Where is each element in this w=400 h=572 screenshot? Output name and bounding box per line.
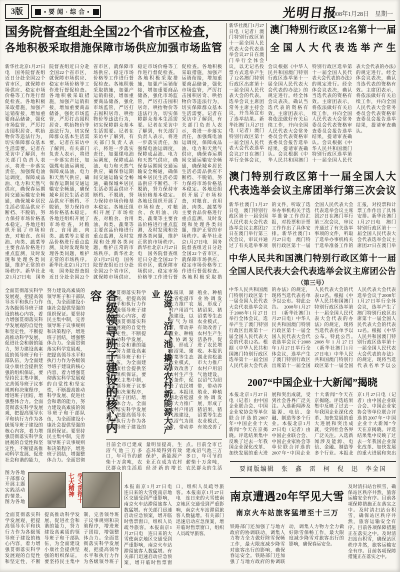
strip-cap-left-icon — [35, 9, 41, 15]
editor-line: 要闻版编辑 张 鑫 雷 柯 倪 迅 李金国 — [230, 464, 396, 473]
lead-headline-line1: 国务院督查组赴全国22个省市区检查， — [5, 24, 222, 41]
nanjing-body-right: 及时清扫站台积雪，确保站区秩序井然，旅客运输安全有序。目前各项保障措施正在落实之… — [348, 484, 396, 568]
header-rule — [5, 20, 395, 21]
macau-presidium-headline-line2: 代表选举会议主席团举行第三次会议 — [229, 185, 396, 199]
headline-divider — [266, 23, 267, 61]
nanjing-body-left: 本报南京1月27日电 连日来的大雪使南京地区交通受到严重影响，南京火车站滞留旅客… — [124, 484, 224, 568]
center-column-divider — [226, 23, 227, 438]
nanjing-subtitle: 南京火车站旅客猛增至十三万 — [236, 508, 338, 519]
section-strip: • 要 闻 · 综 合 • — [31, 5, 101, 18]
songzi-article-body: 本报讯 湖北省松滋市大力推广农村户用沼气池建设，以沼气为纽带，带动养殖业、种植业… — [169, 290, 222, 436]
macau-election-headline-line1: 澳门特别行政区12名第十一届 — [270, 24, 396, 39]
lead-headline-line2: 各地积极采取措施保障市场供应加强市场监管 — [5, 41, 222, 57]
editorial-note-column: 新华社澳门1月27日电（记者）澳门特别行政区第十一届全国人民代表大会代表选举会议… — [229, 23, 264, 165]
leadership-article-body-left: 全面贯彻落实科学发展观，把提高领导水平和执行力作为各级领导班子建设的核心内容，着… — [5, 288, 85, 466]
nanjing-headline: 南京遭遇20年罕见大雪 — [230, 489, 344, 505]
gazette-headline-line1: 中华人民共和国澳门特别行政区第十一届 — [229, 252, 396, 265]
editor-rule-top — [230, 461, 396, 462]
edition-badge: 3版 — [5, 4, 29, 19]
macau-election-headline-line2: 全国人大代表选举产生 — [270, 42, 396, 57]
gazette-subtitle: （第三号） — [229, 278, 396, 287]
macau-presidium-headline-line1: 澳门特别行政区第十一届全国人大 — [229, 171, 396, 185]
lead-article-body: 新华社北京1月27日电 国务院督查组近日分赴全国22个省市区，就保障市场供应、稳… — [5, 64, 222, 284]
newspaper-page: 3版 • 要 闻 · 综 合 • 光明日报 2008年1月28日 星期一 国务院… — [0, 0, 400, 572]
date-line: 2008年1月28日 星期一 — [330, 9, 393, 18]
nanjing-body-below: 铁路部门还加强了与地方政府的协调联动，调集人力物力全力做好除雪保畅工作，最大限度… — [230, 524, 344, 568]
leadership-article-body-col: 全面贯彻落实科学发展观，把提高领导水平和执行力作为各级领导班子建设的核心内容，着… — [106, 290, 146, 436]
photo-side-text: 图为各地干部群众开展主题实践活动的情景。图为各地干部群众开展主题实践活动的情景。 — [5, 470, 25, 508]
macau-presidium-body: 新华社澳门1月27日电 澳门特别行政区第十一届全国人民代表大会代表选举会议主席团… — [229, 202, 396, 249]
section-label: • 要 闻 · 综 合 • — [44, 7, 90, 16]
enterprise-news-body: 本报北京1月27日电（记者）由中国企业联合会、中国企业家协会等单位联合评选的20… — [229, 392, 396, 458]
news-photo-small — [82, 472, 120, 508]
enterprise-news-headline: 2007“中国企业十大新闻”揭晓 — [229, 377, 396, 390]
bottom-left-text: 全面贯彻落实科学发展观，把提高领导水平和执行力作为各级领导班子建设的核心内容，着… — [5, 512, 119, 568]
editor-rule-bottom — [230, 477, 396, 478]
macau-election-body: 会议根据《中华人民共和国澳门特别行政区选举第十一届全国人民代表大会代表的办法》的… — [268, 64, 396, 165]
strip-cap-right-icon — [93, 9, 99, 15]
gazette-headline-line2: 全国人民代表大会代表选举会议主席团公告 — [229, 265, 396, 278]
songzi-section-rule — [106, 439, 222, 440]
news-photo — [28, 472, 66, 508]
songzi-article-continuation: 目前全市已建成沼气池三万多口，年可节约薪柴十万余吨，农民群众的生活质量明显提高，… — [106, 442, 222, 476]
bottom-left-divider — [121, 472, 122, 568]
gazette-body: 中华人民共和国澳门特别行政区第十一届全国人民代表大会代表选举会议于2008年1月… — [229, 287, 396, 372]
